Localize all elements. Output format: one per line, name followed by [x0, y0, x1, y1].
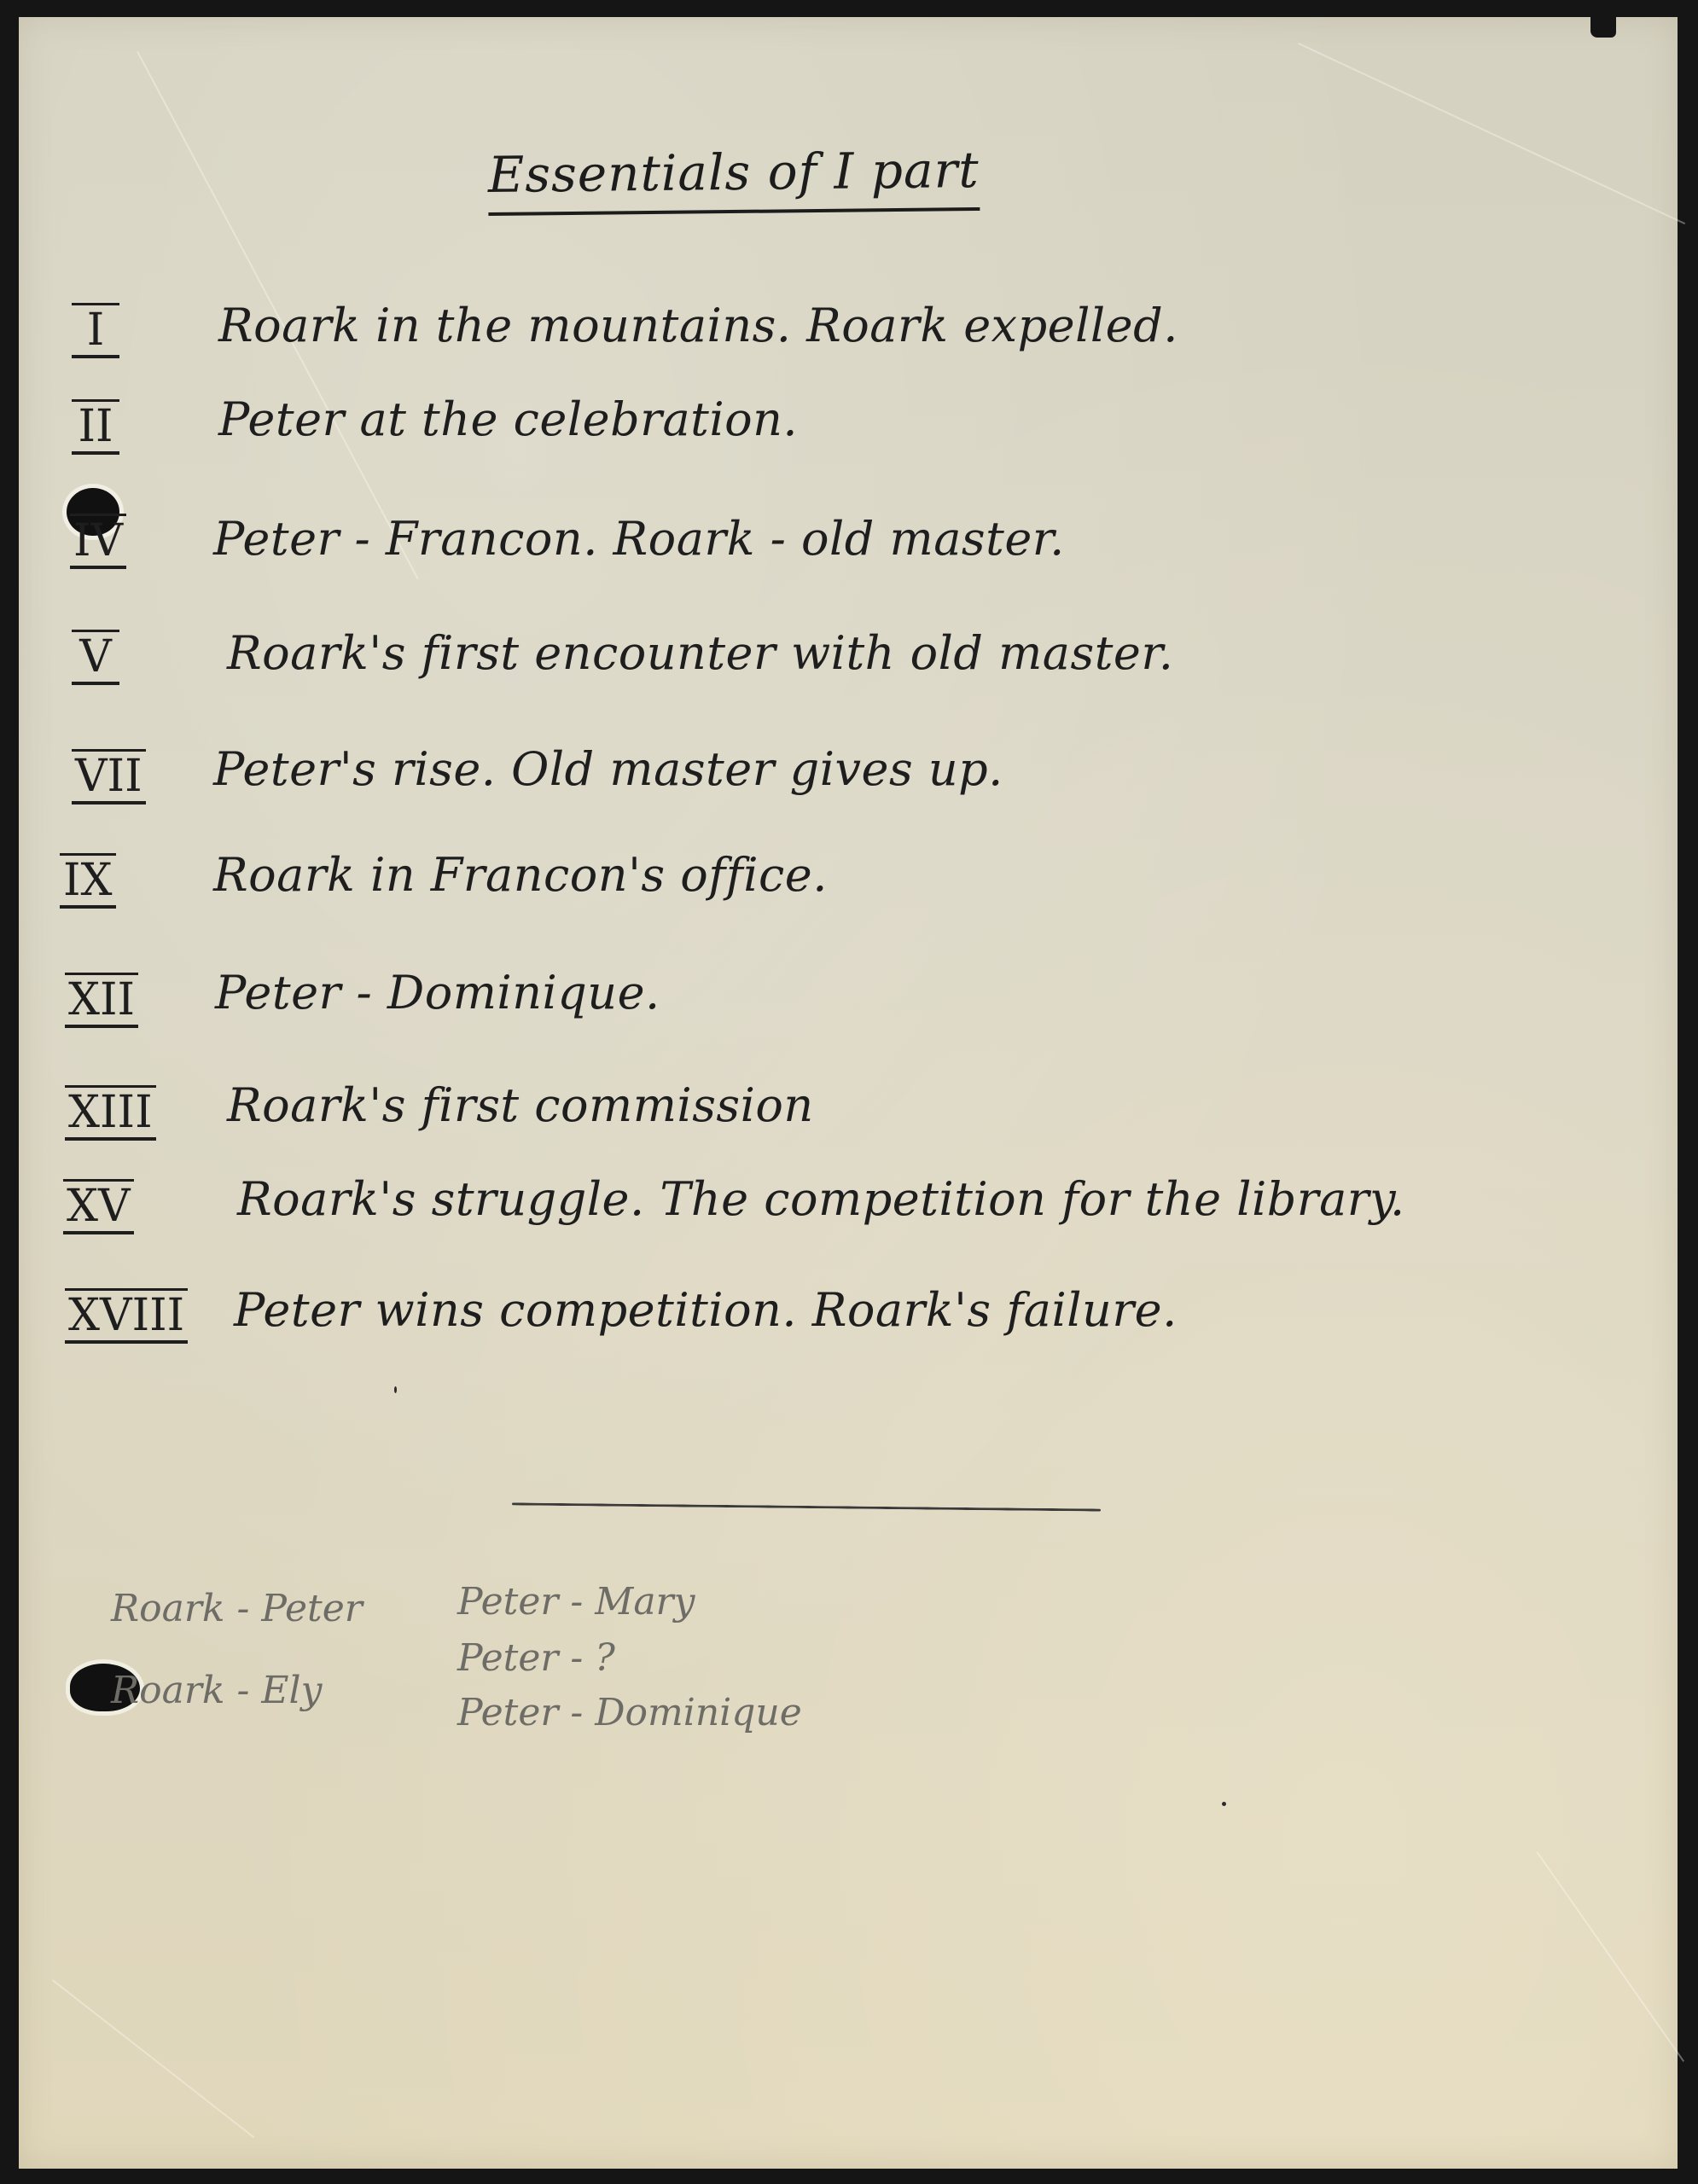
- chapter-numeral: XVIII: [65, 1288, 188, 1344]
- chapter-numeral: XII: [65, 973, 138, 1028]
- manuscript-page: Essentials of I part I Roark in the moun…: [19, 17, 1678, 2169]
- outline-entry: Roark's first commission: [227, 1078, 814, 1132]
- pencil-note: Peter - Dominique: [457, 1691, 802, 1734]
- outline-entry: Roark in Francon's office.: [213, 848, 828, 902]
- chapter-numeral: IX: [60, 853, 116, 909]
- chapter-numeral: VII: [72, 749, 146, 804]
- chapter-numeral: IV: [70, 514, 126, 569]
- chapter-numeral: II: [72, 399, 119, 455]
- outline-row: I: [72, 303, 119, 358]
- chapter-numeral: XIII: [65, 1085, 156, 1141]
- pencil-note: Peter - ?: [457, 1636, 615, 1680]
- outline-row: XIII: [65, 1085, 156, 1141]
- ink-speck: [394, 1386, 397, 1393]
- pencil-note: Roark - Peter: [111, 1587, 363, 1630]
- outline-entry: Roark's first encounter with old master.: [227, 626, 1173, 680]
- ink-speck: [1222, 1802, 1226, 1806]
- outline-entry: Peter at the celebration.: [218, 392, 798, 446]
- outline-entry: Peter - Francon. Roark - old master.: [213, 512, 1065, 566]
- chapter-numeral: I: [72, 303, 119, 358]
- outline-row: XII: [65, 973, 138, 1028]
- outline-row: XV: [63, 1179, 134, 1234]
- pencil-note: Peter - Mary: [457, 1580, 695, 1623]
- pencil-note: Roark - Ely: [111, 1669, 322, 1712]
- chapter-outline: I Roark in the mountains. Roark expelled…: [19, 17, 1678, 2169]
- outline-entry: Peter - Dominique.: [215, 966, 660, 1019]
- outline-row: V: [72, 630, 119, 685]
- outline-row: IV: [70, 514, 126, 569]
- outline-row: VII: [72, 749, 146, 804]
- outline-row: II: [72, 399, 119, 455]
- outline-row: IX: [60, 853, 116, 909]
- chapter-numeral: XV: [63, 1179, 134, 1234]
- outline-entry: Peter's rise. Old master gives up.: [213, 742, 1003, 796]
- outline-row: XVIII: [65, 1288, 188, 1344]
- outline-entry: Peter wins competition. Roark's failure.: [234, 1283, 1178, 1337]
- chapter-numeral: V: [72, 630, 119, 685]
- outline-entry: Roark in the mountains. Roark expelled.: [218, 299, 1178, 352]
- outline-entry: Roark's struggle. The competition for th…: [237, 1172, 1405, 1226]
